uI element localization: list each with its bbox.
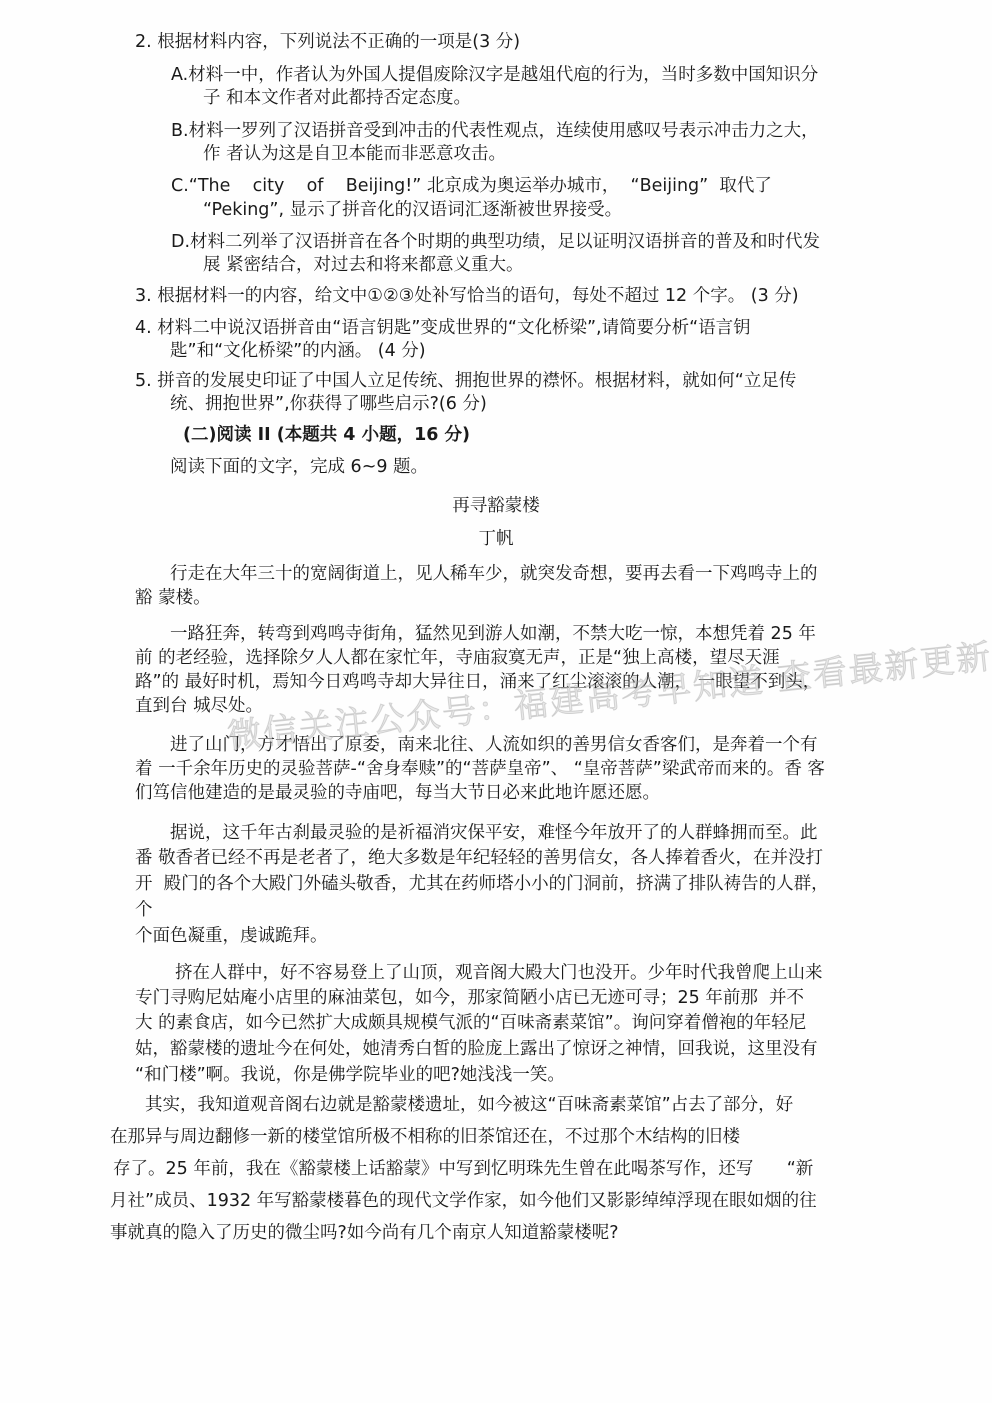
- paragraph-3-line-1: 进了山门，方才悟出了原委，南来北往、人流如织的善男信女香客们，是奔着一个有: [170, 734, 818, 756]
- paragraph-4-line-3: 开 殿门的各个大殿门外磕头敬香，尤其在药师塔小小的门洞前，挤满了排队祷告的人群，: [135, 873, 829, 895]
- paragraph-3-line-3: 们笃信他建造的是最灵验的寺庙吧，每当大节日必来此地许愿还愿。: [135, 782, 660, 804]
- q4-stem-line1: 4. 材料二中说汉语拼音由“语言钥匙”变成世界的“文化桥梁”,请简要分析“语言钥: [135, 317, 751, 339]
- article-author: 丁帆: [0, 528, 992, 550]
- paragraph-5-line-3: 大 的素食店，如今已然扩大成颇具规模气派的“百味斋素菜馆”。询问穿着僧袍的年轻尼: [135, 1012, 806, 1034]
- paragraph-6-line-2: 在那异与周边翻修一新的楼堂馆所极不相称的旧茶馆还在，不过那个木结构的旧楼: [110, 1126, 740, 1148]
- q2-option-d-line2: 展 紧密结合，对过去和将来都意义重大。: [203, 254, 524, 276]
- paragraph-4-line-4: 个: [135, 899, 153, 921]
- q4-stem-line2: 匙”和“文化桥梁”的内涵。 (4 分): [170, 340, 426, 362]
- paragraph-1-line-2: 豁 蒙楼。: [135, 587, 211, 609]
- paragraph-3-line-2: 着 一千余年历史的灵验菩萨-“舍身奉赎”的“菩萨皇帝”、 “皇帝菩萨”梁武帝而来…: [135, 758, 825, 780]
- paragraph-2-line-4: 直到台 城尽处。: [135, 695, 263, 717]
- paragraph-5-line-2: 专门寻购尼姑庵小店里的麻油菜包，如今，那家简陋小店已无迹可寻；25 年前那 并不: [135, 987, 804, 1009]
- paragraph-2-line-1: 一路狂奔，转弯到鸡鸣寺街角，猛然见到游人如潮，不禁大吃一惊，本想凭着 25 年: [170, 623, 816, 645]
- paragraph-2-line-3: 路”的 最好时机，焉知今日鸡鸣寺却大异往日，涌来了红尘滚滚的人潮， 一眼望不到头…: [135, 671, 820, 693]
- paragraph-4-line-2: 番 敬香者已经不再是老者了，绝大多数是年纪轻轻的善男信女，各人捧着香火，在并没打: [135, 847, 823, 869]
- article-title: 再寻豁蒙楼: [0, 495, 992, 517]
- q2-stem: 2. 根据材料内容，下列说法不正确的一项是(3 分): [135, 31, 520, 53]
- q3-stem: 3. 根据材料一的内容，给文中①②③处补写恰当的语句，每处不超过 12 个字。 …: [135, 285, 799, 307]
- paragraph-2-line-2: 前 的老经验，选择除夕人人都在家忙年，寺庙寂寞无声，正是“独上高楼，望尽天涯: [135, 647, 780, 669]
- q2-option-b-line1: B.材料一罗列了汉语拼音受到冲击的代表性观点，连续使用感叹号表示冲击力之大，: [171, 120, 819, 142]
- paragraph-6-line-3: 存了。25 年前，我在《豁蒙楼上话豁蒙》中写到忆明珠先生曾在此喝茶写作，还写 “…: [113, 1158, 813, 1180]
- paragraph-4-line-1: 据说，这千年古刹最灵验的是祈福消灾保平安，难怪今年放开了的人群蜂拥而至。此: [170, 822, 818, 844]
- paragraph-5-line-1: 挤在人群中，好不容易登上了山顶，观音阁大殿大门也没开。少年时代我曾爬上山来: [175, 962, 823, 984]
- q5-stem-line2: 统、拥抱世界”,你获得了哪些启示?(6 分): [170, 393, 487, 415]
- q2-option-b-line2: 作 者认为这是自卫本能而非恶意攻击。: [203, 143, 506, 165]
- paragraph-5-line-4: 姑，豁蒙楼的遗址今在何处，她清秀白皙的脸庞上露出了惊讶之神情，回我说，这里没有: [135, 1038, 818, 1060]
- section-instruction: 阅读下面的文字，完成 6~9 题。: [170, 456, 428, 478]
- q2-option-d-line1: D.材料二列举了汉语拼音在各个时期的典型功绩，足以证明汉语拼音的普及和时代发: [171, 231, 820, 253]
- paragraph-6-line-5: 事就真的隐入了历史的微尘吗?如今尚有几个南京人知道豁蒙楼呢?: [110, 1222, 619, 1244]
- q5-stem-line1: 5. 拼音的发展史印证了中国人立足传统、拥抱世界的襟怀。根据材料，就如何“立足传: [135, 370, 796, 392]
- paragraph-1-line-1: 行走在大年三十的宽阔街道上，见人稀车少，就突发奇想，要再去看一下鸡鸣寺上的: [170, 563, 818, 585]
- paragraph-5-line-5: “和门楼”啊。我说，你是佛学院毕业的吧?她浅浅一笑。: [135, 1064, 565, 1086]
- q2-option-a-line2: 子 和本文作者对此都持否定态度。: [203, 87, 471, 109]
- exam-page: 2. 根据材料内容，下列说法不正确的一项是(3 分) A.材料一中，作者认为外国…: [0, 0, 992, 1403]
- q2-option-a-line1: A.材料一中，作者认为外国人提倡废除汉字是越俎代庖的行为，当时多数中国知识分: [171, 64, 818, 86]
- q2-option-c-line2: “Peking”, 显示了拼音化的汉语词汇逐渐被世界接受。: [203, 199, 622, 221]
- q2-option-c-line1: C.“The city of Beijing!” 北京成为奥运举办城市， “Be…: [171, 175, 772, 197]
- paragraph-6-line-4: 月社”成员、1932 年写豁蒙楼暮色的现代文学作家，如今他们又影影绰绰浮现在眼如…: [110, 1190, 817, 1212]
- paragraph-6-line-1: 其实，我知道观音阁右边就是豁蒙楼遗址，如今被这“百味斋素菜馆”占去了部分，好: [145, 1094, 793, 1116]
- paragraph-4-line-5: 个面色凝重，虔诚跪拜。: [135, 925, 328, 947]
- section-heading: (二)阅读 II (本题共 4 小题，16 分): [183, 424, 470, 446]
